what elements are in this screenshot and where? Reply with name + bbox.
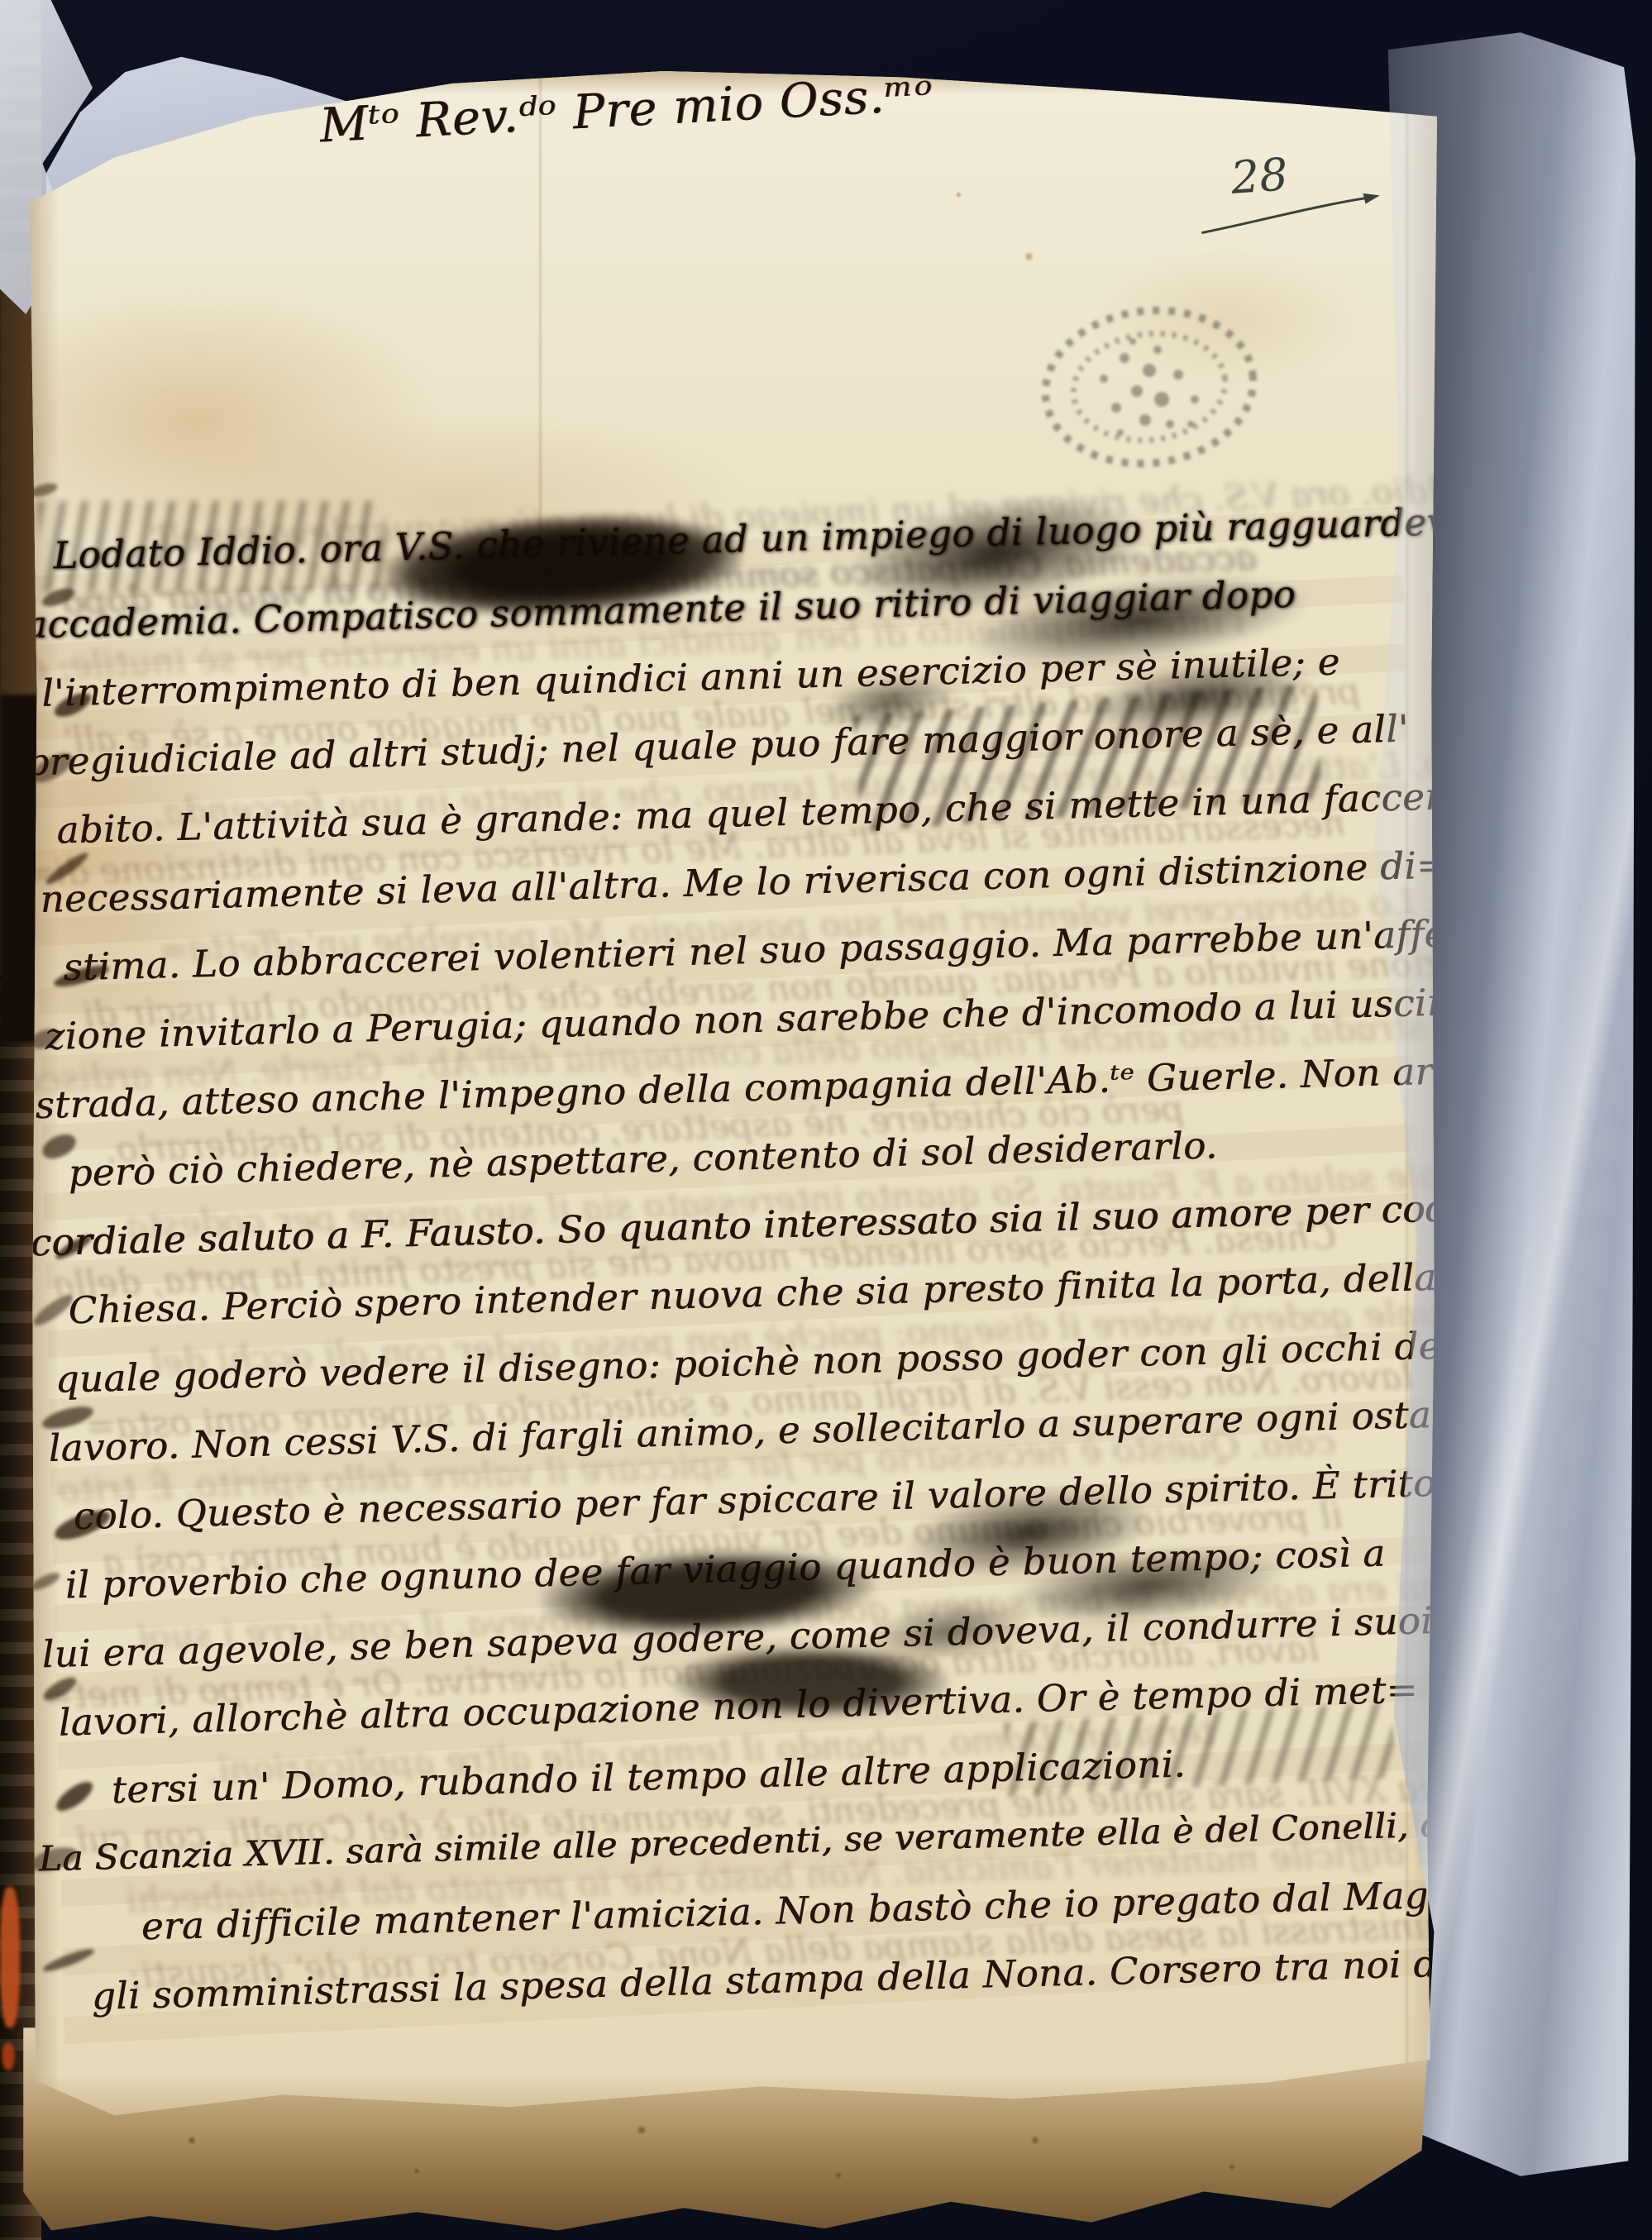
orange-paint-mark [0,1887,20,2027]
letter-salutation: Mᵗᵒ Rev.ᵈᵒ Pre mio Oss.ᵐᵒ [318,60,1064,153]
manuscript-line: gli somministrassi la spesa della stampa… [91,1941,1439,2043]
folio-number: 28 [1191,140,1411,238]
library-stamp-icon [1025,292,1273,482]
letter-body: Lodato Iddio. ora V.S. che riviene ad un… [28,501,1439,2044]
folio-underline-flourish [1195,188,1403,238]
photograph-canvas: Mᵗᵒ Rev.ᵈᵒ Pre mio Oss.ᵐᵒ 28 Lodato Id [0,0,1652,2240]
manuscript-page: Mᵗᵒ Rev.ᵈᵒ Pre mio Oss.ᵐᵒ 28 Lodato Id [30,71,1437,2132]
book-spine-shadow [0,695,38,1042]
orange-paint-dot [2,2042,15,2070]
